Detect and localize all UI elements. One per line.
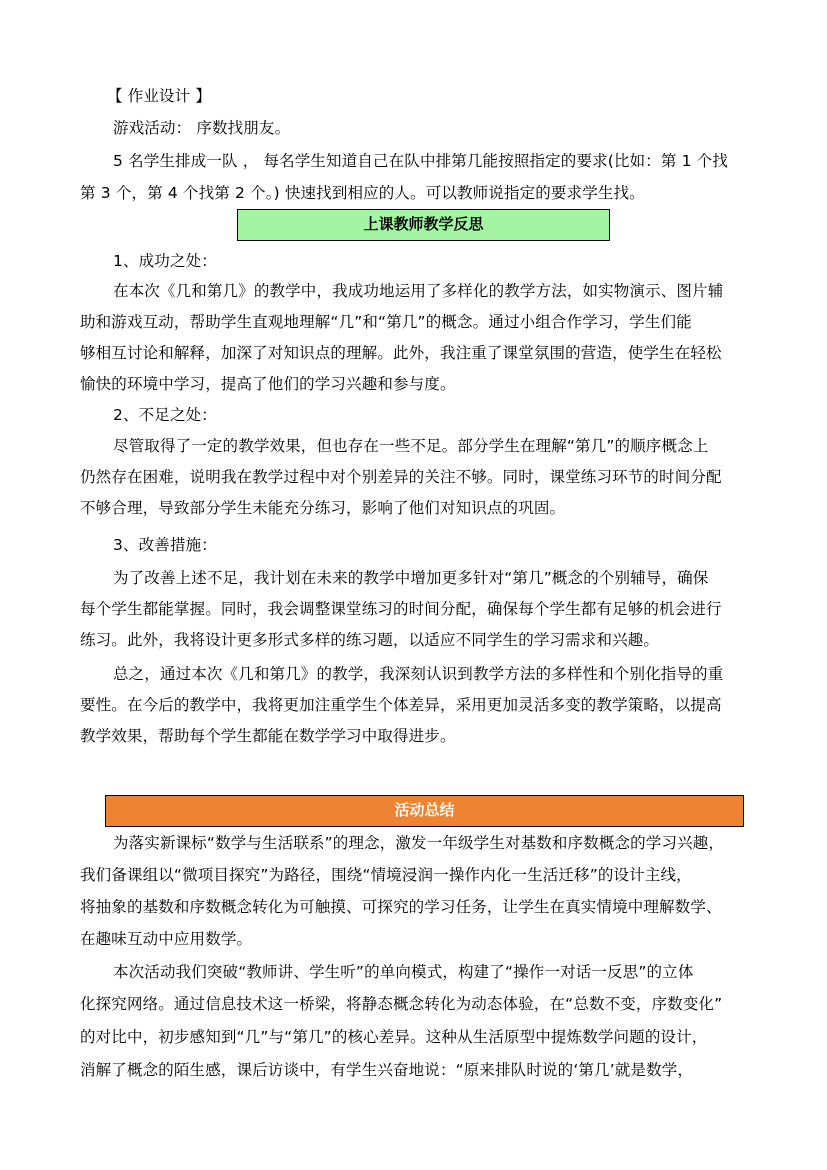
- reflection-subheading: 3、改善措施：: [80, 535, 803, 555]
- paragraph-line: 仍然存在困难，说明我在教学过程中对个别差异的关注不够。同时，课堂练习环节的时间分…: [80, 467, 770, 487]
- paragraph-line: 尽管取得了一定的教学效果，但也存在一些不足。部分学生在理解“第几”的顺序概念上: [80, 436, 803, 456]
- paragraph-line: 不够合理，导致部分学生未能充分练习，影响了他们对知识点的巩固。: [80, 498, 770, 518]
- paragraph-line: 消解了概念的陌生感，课后访谈中，有学生兴奋地说：“原来排队时说的‘第几’就是数学…: [80, 1060, 770, 1080]
- paragraph-line: 愉快的环境中学习，提高了他们的学习兴趣和参与度。: [80, 374, 770, 394]
- homework-heading: 【 作业设计 】: [80, 86, 797, 106]
- summary-section-header: 活动总结: [105, 795, 744, 827]
- paragraph-line: 化探究网络。通过信息技术这一桥梁，将静态概念转化为动态体验，在“总数不变，序数变…: [80, 994, 770, 1014]
- paragraph-line: 在本次《几和第几》的教学中，我成功地运用了多样化的教学方法，如实物演示、图片辅: [80, 281, 803, 301]
- paragraph-line: 助和游戏互动，帮助学生直观地理解“几”和“第几”的概念。通过小组合作学习，学生们…: [80, 312, 770, 332]
- paragraph-line: 每个学生都能掌握。同时，我会调整课堂练习的时间分配，确保每个学生都有足够的机会进…: [80, 599, 770, 619]
- paragraph-line: 将抽象的基数和序数概念转化为可触摸、可探究的学习任务，让学生在真实情境中理解数学…: [80, 897, 770, 917]
- paragraph-line: 要性。在今后的教学中，我将更加注重学生个体差异，采用更加灵活多变的教学策略，以提…: [80, 695, 770, 715]
- homework-desc-line: 5 名学生排成一队 ， 每名学生知道自己在队中排第几能按照指定的要求(比如：第 …: [80, 151, 803, 171]
- paragraph-line: 练习。此外，我将设计更多形式多样的练习题，以适应不同学生的学习需求和兴趣。: [80, 630, 770, 650]
- reflection-subheading: 2、不足之处：: [80, 405, 803, 425]
- homework-desc-line: 第 3 个，第 4 个找第 2 个。) 快速找到相应的人。可以教师说指定的要求学…: [80, 183, 770, 203]
- paragraph-line: 的对比中，初步感知到“几”与“第几”的核心差异。这种从生活原型中提炼数学问题的设…: [80, 1027, 770, 1047]
- paragraph-line: 教学效果，帮助每个学生都能在数学学习中取得进步。: [80, 726, 770, 746]
- reflection-section-header: 上课教师教学反思: [237, 209, 610, 241]
- paragraph-line: 本次活动我们突破“教师讲、学生听”的单向模式，构建了“操作一对话一反思”的立体: [80, 962, 803, 982]
- paragraph-line: 在趣味互动中应用数学。: [80, 929, 770, 949]
- paragraph-line: 总之，通过本次《几和第几》的教学，我深刻认识到教学方法的多样性和个别化指导的重: [80, 664, 803, 684]
- reflection-subheading: 1、成功之处：: [80, 251, 803, 271]
- paragraph-line: 我们备课组以“微项目探究”为路径，围绕“情境浸润一操作内化一生活迁移”的设计主线…: [80, 865, 770, 885]
- homework-game-line: 游戏活动： 序数找朋友。: [80, 118, 803, 138]
- paragraph-line: 为了改善上述不足，我计划在未来的教学中增加更多针对“第几”概念的个别辅导，确保: [80, 568, 803, 588]
- paragraph-line: 为落实新课标“数学与生活联系”的理念，激发一年级学生对基数和序数概念的学习兴趣，: [80, 833, 803, 853]
- paragraph-line: 够相互讨论和解释，加深了对知识点的理解。此外，我注重了课堂氛围的营造，使学生在轻…: [80, 343, 770, 363]
